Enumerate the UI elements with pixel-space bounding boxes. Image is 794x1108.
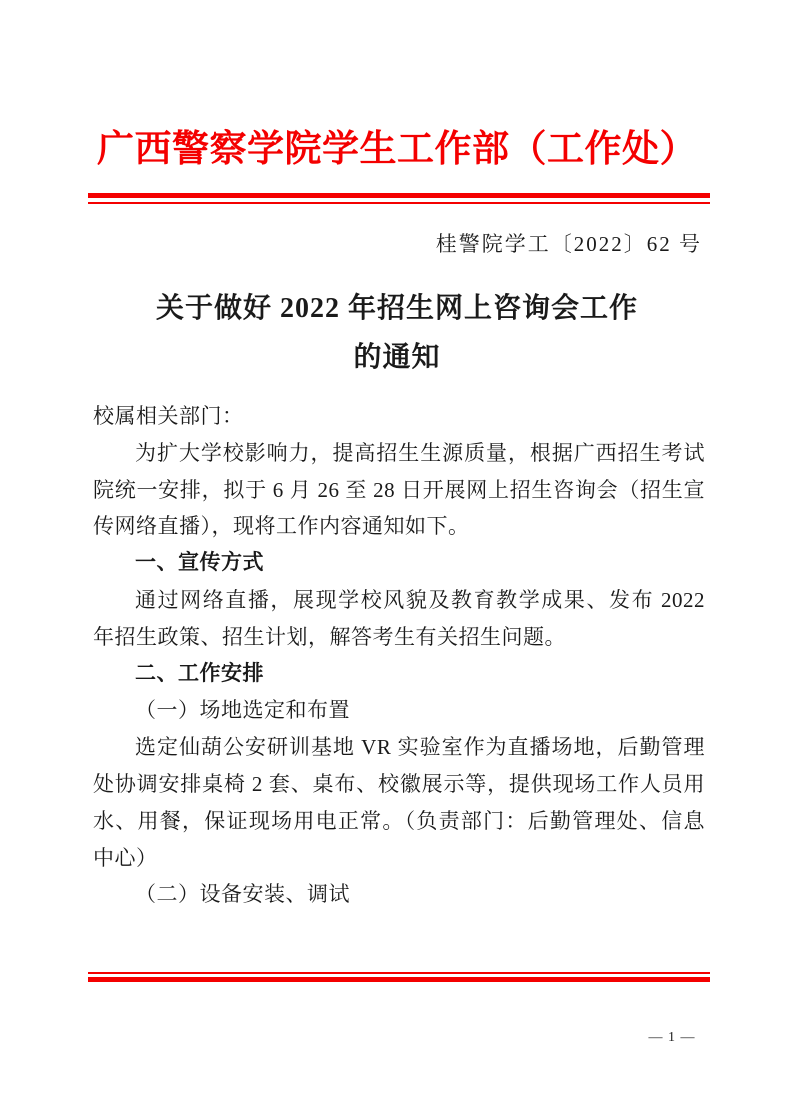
subsection-1-paragraph: 选定仙葫公安研训基地 VR 实验室作为直播场地，后勤管理处协调安排桌椅 2 套、… [93, 729, 705, 876]
subsection-2-heading: （二）设备安装、调试 [93, 876, 705, 913]
document-body: 校属相关部门： 为扩大学校影响力，提高招生生源质量，根据广西招生考试院统一安排，… [93, 398, 705, 913]
footer-separator-thin-rule [88, 972, 710, 974]
subsection-1-heading: （一）场地选定和布置 [93, 692, 705, 729]
header-separator-thick-rule [88, 193, 710, 198]
letterhead-title: 广西警察学院学生工作部（工作处） [0, 128, 794, 170]
header-separator-thin-rule [88, 202, 710, 204]
document-title-line2: 的通知 [0, 333, 794, 382]
footer-separator-thick-rule [88, 977, 710, 982]
footer-separator [88, 972, 710, 982]
section-1-heading: 一、宣传方式 [93, 545, 705, 582]
header-separator [88, 193, 710, 204]
intro-paragraph: 为扩大学校影响力，提高招生生源质量，根据广西招生考试院统一安排，拟于 6 月 2… [93, 435, 705, 545]
salutation: 校属相关部门： [93, 398, 705, 435]
document-title: 关于做好 2022 年招生网上咨询会工作 的通知 [0, 284, 794, 382]
page-number: — 1 — [632, 1028, 712, 1048]
document-number: 桂警院学工〔2022〕62 号 [436, 231, 702, 257]
section-1-paragraph: 通过网络直播，展现学校风貌及教育教学成果、发布 2022 年招生政策、招生计划，… [93, 582, 705, 656]
document-page: 广西警察学院学生工作部（工作处） 桂警院学工〔2022〕62 号 关于做好 20… [0, 0, 794, 1108]
section-2-heading: 二、工作安排 [93, 656, 705, 693]
document-title-line1: 关于做好 2022 年招生网上咨询会工作 [0, 284, 794, 333]
